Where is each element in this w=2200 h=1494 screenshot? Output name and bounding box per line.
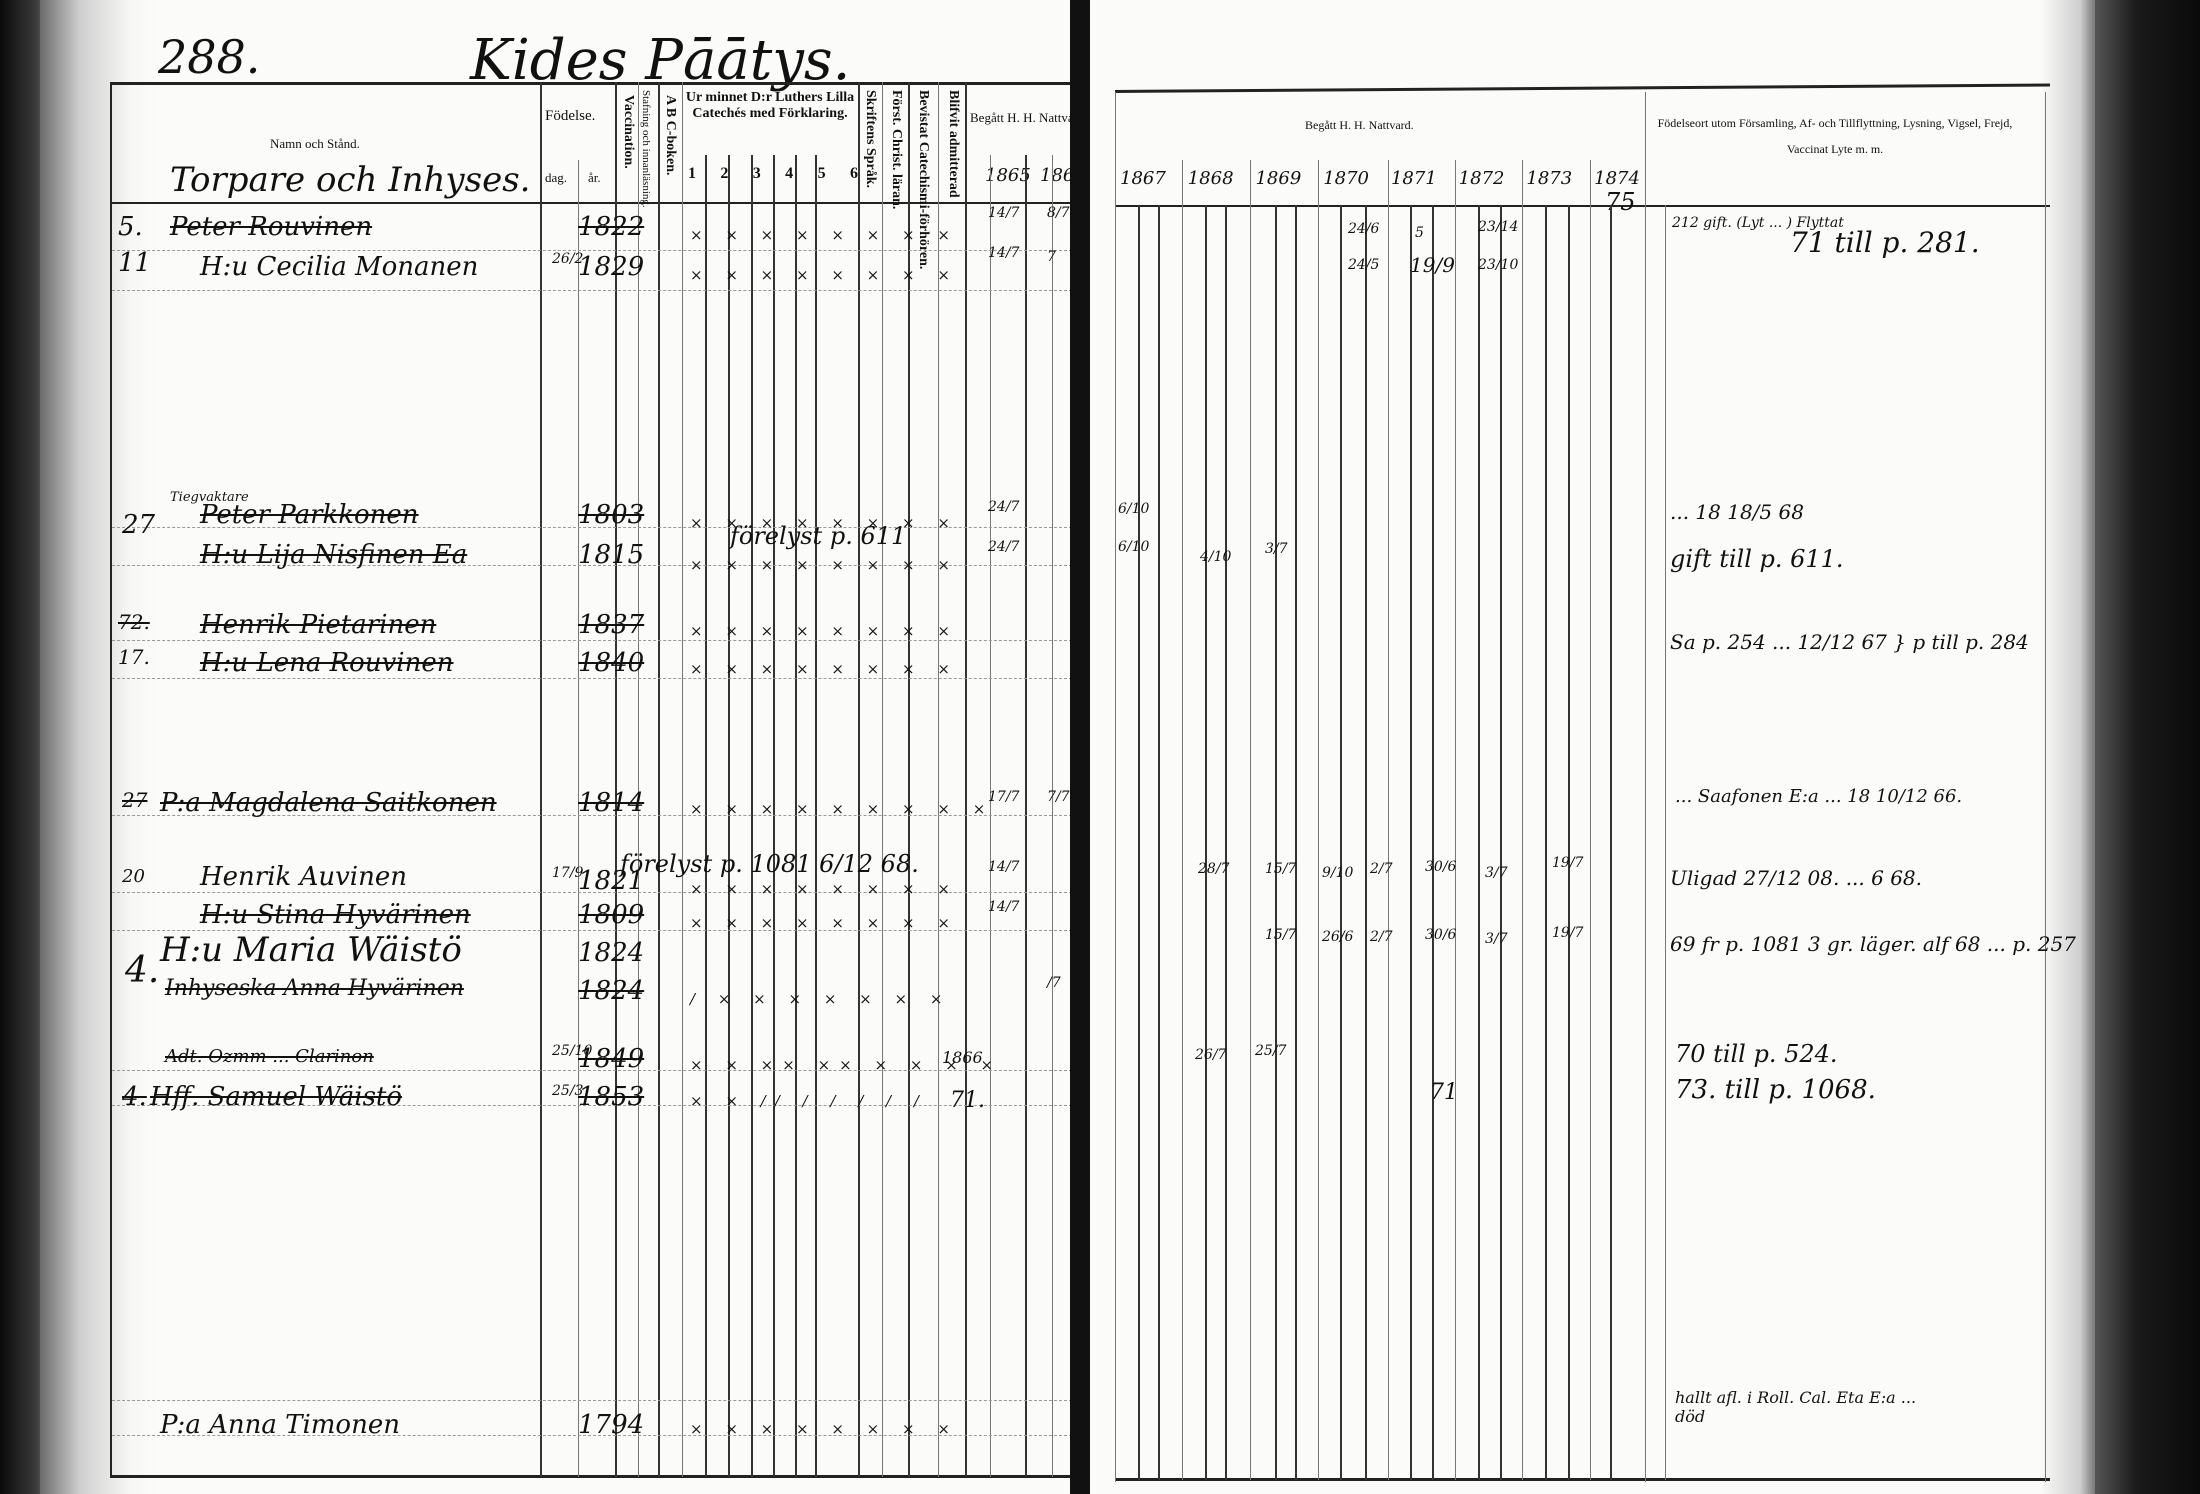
communion-1873: 3/7 [1485, 932, 1508, 946]
row-guide [112, 678, 1072, 679]
communion-1873: 3/7 [1485, 866, 1508, 880]
col-line [1225, 205, 1227, 1480]
row-number: 11 [118, 248, 151, 278]
col-line [1388, 160, 1389, 1480]
knowledge-marks: × × × × × × × × [690, 556, 959, 574]
communion-1866: /7 [1047, 976, 1061, 990]
header-birth-day: dag. [545, 170, 567, 186]
col-line [965, 82, 967, 1477]
knowledge-marks: × × × × × × × × [690, 622, 959, 640]
col-line [1665, 205, 1666, 1480]
year-1867: 1867 [1120, 168, 1166, 189]
header-birth-year: år. [588, 170, 601, 186]
header-admitted: Blifvit admitterad [945, 90, 961, 200]
remark-note: ... 18 18/5 68 [1670, 500, 1804, 524]
knowledge-marks: × × // / / / / / [690, 1092, 928, 1110]
header-catechism-hearings: Bevistat Catechismi-förhören. [915, 90, 931, 200]
communion-1867: 6/10 [1118, 540, 1149, 554]
communion-1867: 6/10 [1118, 502, 1149, 516]
year-1874: 1874 [1594, 168, 1640, 189]
row-number: 17. [118, 645, 150, 669]
header-vaccination: Vaccination. [620, 95, 636, 195]
communion-1868: 4/10 [1200, 550, 1231, 564]
birth-year: 1794 [578, 1410, 644, 1440]
person-name: H:u Stina Hyvärinen [200, 900, 471, 930]
remark: förelyst p. 611 [730, 522, 906, 550]
col-line [938, 82, 939, 1477]
col-line [682, 82, 683, 1477]
year-1871: 1871 [1391, 168, 1437, 189]
col-line [1478, 205, 1480, 1480]
communion-1866: 8/7 [1047, 206, 1070, 220]
communion-1872: 30/6 [1425, 928, 1456, 942]
remark-note: 71 till p. 281. [1790, 226, 1980, 259]
catechism-col-1: 1 [688, 165, 696, 183]
year-1873: 1873 [1526, 168, 1572, 189]
col-line [1340, 205, 1342, 1480]
communion-1874: 19/7 [1552, 926, 1583, 940]
row-guide [112, 1400, 1072, 1401]
birth-year: 1853 [578, 1082, 644, 1112]
admitted-year: 71. [950, 1088, 985, 1113]
row-guide [112, 640, 1072, 641]
communion-1869: 15/7 [1265, 862, 1296, 876]
header-birth: Födelse. [545, 108, 595, 125]
col-line [1522, 160, 1523, 1480]
col-line [1500, 205, 1502, 1480]
row-guide [112, 290, 1072, 291]
col-line [1205, 205, 1207, 1480]
birth-year: 1815 [578, 540, 644, 570]
header-top-rule [110, 82, 1070, 85]
admitted-year: 1866 [942, 1048, 983, 1067]
person-name: Peter Parkkonen [200, 500, 419, 530]
right-page: Begått H. H. Nattvard. Födelseort utom F… [1090, 0, 2100, 1494]
birth-year: 1822 [578, 212, 644, 242]
col-line [858, 82, 860, 1477]
col-line [2045, 92, 2046, 1482]
header-top-rule [1115, 83, 2050, 93]
header-scripture: Skriftens Språk. [862, 90, 878, 200]
birth-year: 1824 [578, 938, 644, 968]
col-line [1432, 205, 1434, 1480]
year-1869: 1869 [1255, 168, 1301, 189]
communion-1869: 3/7 [1265, 542, 1288, 556]
left-page: 288. Kides Pāātys. Namn och Stånd. Torpa… [40, 0, 1080, 1494]
communion-1871: 2/7 [1370, 862, 1393, 876]
communion-1870: 26/6 [1322, 930, 1353, 944]
knowledge-marks: × × × × × × × × [690, 660, 959, 678]
row-number: 72. [118, 610, 150, 634]
row-number: 4. [125, 950, 159, 991]
birth-year: 1829 [578, 252, 644, 282]
communion-1868: 24/6 [1348, 222, 1379, 236]
col-line [540, 82, 542, 1477]
person-name: Adt. Ozmm ... Clarinon [165, 1046, 374, 1067]
left-border [110, 82, 112, 1477]
remark-note: Sa p. 254 ... 12/12 67 } p till p. 284 [1670, 630, 2029, 654]
person-name: H:u Maria Wäistö [160, 930, 462, 970]
communion-1869: 19/9 [1410, 258, 1455, 272]
col-line [658, 82, 660, 1477]
year-1865: 1865 [985, 165, 1031, 186]
col-line [615, 82, 617, 1477]
remark-note: ... Saafonen E:a ... 18 10/12 66. [1675, 786, 1962, 807]
col-line [1610, 205, 1612, 1480]
year-1872: 1872 [1459, 168, 1505, 189]
communion-1865: 14/7 [988, 246, 1019, 260]
birth-year: 1824 [578, 976, 644, 1006]
col-line [1545, 205, 1547, 1480]
communion-1865: 14/7 [988, 900, 1019, 914]
header-bottom-rule [1115, 205, 2050, 207]
communion-1868: 28/7 [1198, 862, 1229, 876]
knowledge-marks: × × × × × × × × [690, 226, 959, 244]
col-line [638, 82, 639, 1477]
remark-note: gift till p. 611. [1670, 545, 1844, 573]
col-line [1250, 160, 1251, 1480]
page-bottom-rule [110, 1475, 1070, 1478]
remark-note: 70 till p. 524. [1675, 1040, 1838, 1068]
person-name: Henrik Auvinen [200, 862, 407, 892]
catechism-col-5: 5 [818, 165, 826, 183]
col-line [1138, 205, 1140, 1480]
communion-1865: 24/7 [988, 500, 1019, 514]
col-line [1365, 205, 1367, 1480]
person-name: Henrik Pietarinen [200, 610, 436, 640]
communion-1869: 5 [1415, 226, 1424, 240]
col-line [1318, 160, 1319, 1480]
col-line [882, 82, 883, 1477]
communion-1866: 7/7 [1047, 790, 1070, 804]
person-name: P:a Anna Timonen [160, 1410, 400, 1440]
knowledge-marks: × × × × × × × × × [690, 800, 994, 818]
header-abc: A B C-boken. [662, 95, 678, 195]
knowledge-marks: × × × × × × × × [690, 914, 959, 932]
col-line [1645, 92, 1646, 1482]
knowledge-marks: × × × × × × × × [690, 266, 959, 284]
header-catechism: Ur minnet D:r Luthers Lilla Catechés med… [685, 90, 855, 122]
communion-1869: 25/7 [1255, 1044, 1286, 1058]
remark-note: hallt afl. i Roll. Cal. Eta E:a ... död [1675, 1388, 1935, 1426]
knowledge-marks: × × × × × × × × [690, 1420, 959, 1438]
communion-1865: 17/7 [988, 790, 1019, 804]
row-number: 20 [122, 866, 145, 887]
col-line [1052, 155, 1053, 1477]
communion-1865: 14/7 [988, 206, 1019, 220]
birth-year: 1840 [578, 648, 644, 678]
person-name: Peter Rouvinen [170, 212, 372, 242]
communion-1866: 7 [1047, 250, 1056, 264]
col-line [578, 160, 579, 1477]
person-name: H:u Lena Rouvinen [200, 648, 453, 678]
year-columns: 1867 1868 1869 1870 1871 1872 1873 1874 [1120, 168, 1640, 189]
communion-1872: 71 [1430, 1080, 1458, 1105]
col-line [1182, 160, 1183, 1480]
communion-1865: 14/7 [988, 860, 1019, 874]
page-number: 288. [158, 30, 260, 84]
communion-1871: 2/7 [1370, 930, 1393, 944]
row-number: 27 [122, 788, 147, 812]
birth-year: 1814 [578, 788, 644, 818]
communion-1870: 9/10 [1322, 866, 1353, 880]
row-number: 5. [118, 212, 143, 242]
year-1868: 1868 [1188, 168, 1234, 189]
row-number: 4. [122, 1082, 147, 1112]
communion-1868: 26/7 [1195, 1048, 1226, 1062]
col-line [1025, 155, 1027, 1477]
catechism-col-3: 3 [753, 165, 761, 183]
col-line [1590, 160, 1591, 1480]
person-name: P:a Magdalena Saitkonen [160, 788, 497, 818]
communion-1869: 15/7 [1265, 928, 1296, 942]
person-name: Inhyseska Anna Hyvärinen [165, 976, 464, 1001]
person-name: Hff. Samuel Wäistö [150, 1082, 402, 1112]
birth-year: 1849 [578, 1044, 644, 1074]
col-line [1115, 92, 1116, 1482]
person-name: H:u Lija Nisfinen Ea [200, 540, 467, 570]
remark-note: 69 fr p. 1081 3 gr. läger. alf 68 ... p.… [1670, 932, 2076, 956]
communion-1874: 19/7 [1552, 856, 1583, 870]
birth-year: 1809 [578, 900, 644, 930]
remark: förelyst p. 1081 6/12 68. [620, 850, 919, 878]
communion-1868: 24/5 [1348, 258, 1379, 272]
catechism-col-6: 6 [850, 165, 858, 183]
section-label: Torpare och Inhyses. [170, 160, 530, 200]
knowledge-marks: × × × × × × × × [690, 880, 959, 898]
col-line [1455, 160, 1456, 1480]
header-name: Namn och Stånd. [270, 136, 360, 152]
row-number: 27 [122, 510, 155, 540]
header-communion: Begått H. H. Nattvard [970, 110, 1080, 126]
knowledge-marks: / × × × × × × × [690, 990, 951, 1008]
header-christian-doctrine: Först. Christ. läran. [888, 90, 904, 200]
birth-year: 1837 [578, 610, 644, 640]
col-line [1275, 205, 1277, 1480]
communion-1865: 24/7 [988, 540, 1019, 554]
remark-note: Uligad 27/12 08. ... 6 68. [1670, 866, 1922, 890]
person-name: H:u Cecilia Monanen [200, 252, 478, 282]
col-line [1410, 205, 1412, 1480]
communion-1872: 30/6 [1425, 860, 1456, 874]
communion-1870: 23/10 [1478, 258, 1518, 272]
communion-1870: 23/14 [1478, 220, 1518, 234]
remark-note: 73. till p. 1068. [1675, 1075, 1876, 1105]
row-guide [112, 250, 1072, 251]
col-line [1295, 205, 1297, 1480]
catechism-col-4: 4 [785, 165, 793, 183]
header-remarks: Födelseort utom Församling, Af- och Till… [1655, 110, 2015, 162]
header-reading: Stafning och innanläsning. [640, 90, 652, 200]
col-line [1568, 205, 1570, 1480]
book-edge-right [2095, 0, 2200, 1494]
page-bottom-rule [1115, 1478, 2050, 1481]
col-line [908, 82, 910, 1477]
header-communion: Begått H. H. Nattvard. [1305, 118, 1414, 133]
col-line [1158, 205, 1160, 1480]
year-1870: 1870 [1323, 168, 1369, 189]
birth-year: 1803 [578, 500, 644, 530]
